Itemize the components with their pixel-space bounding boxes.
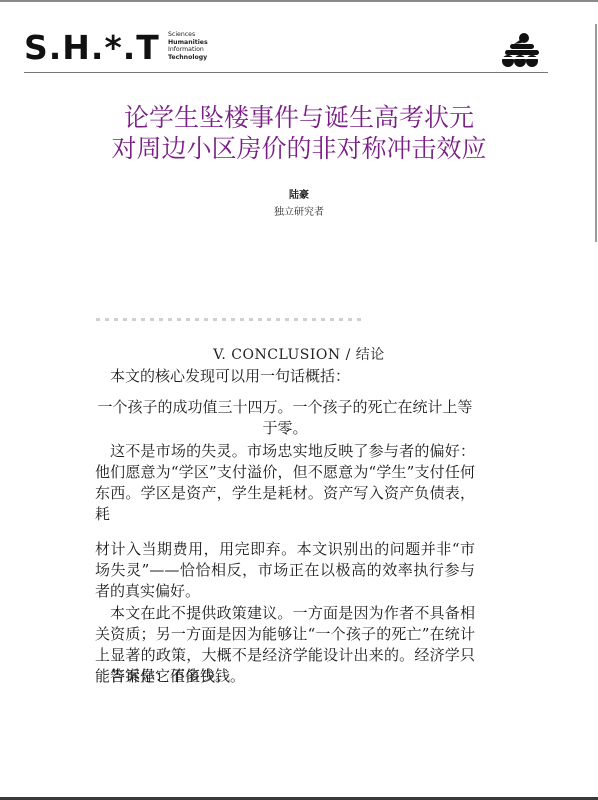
logo-word-technology: Technology [168,54,208,62]
journal-header: S.H.*.T Sciences Humanities Information … [24,28,548,74]
paragraph-market-part-2: 材计入当期费用，用完即弃。本文识别出的问题并非“市场失灵”——恰恰相反，市场正在… [95,539,475,602]
logo-word-information: Information [168,46,208,54]
paragraph-market-part-1: 这不是市场的失灵。市场忠实地反映了参与者的偏好：他们愿意为“学区”支付溢价，但不… [95,441,475,525]
author-name: 陆豪 [0,186,598,201]
pyramid-emblem-icon [496,30,546,70]
journal-logo: S.H.*.T [24,30,160,66]
paper-title: 论学生坠楼事件与诞生高考状元 对周边小区房价的非对称冲击效应 [0,102,598,164]
header-rule [24,72,548,73]
paper-title-line-2: 对周边小区房价的非对称冲击效应 [0,133,598,164]
page-top-border [0,0,598,2]
paragraph-answer: 答案是：不值钱。 [95,666,475,687]
author-affiliation: 独立研究者 [0,203,598,218]
paragraph-key-finding: 一个孩子的成功值三十四万。一个孩子的死亡在统计上等于零。 [92,397,478,439]
section-heading-conclusion: V. CONCLUSION / 结论 [0,344,598,364]
logo-word-sciences: Sciences [168,31,208,39]
faded-text-line [96,318,366,321]
journal-logo-expansion: Sciences Humanities Information Technolo… [168,31,208,61]
paper-title-line-1: 论学生坠楼事件与诞生高考状元 [0,102,598,133]
paragraph-intro: 本文的核心发现可以用一句话概括： [95,366,475,387]
logo-word-humanities: Humanities [168,39,208,47]
